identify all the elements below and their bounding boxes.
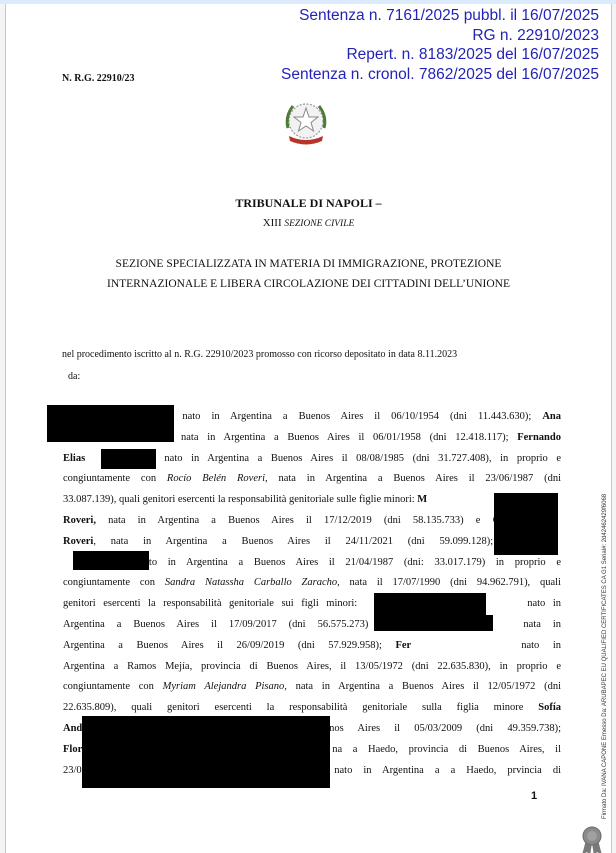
specialized-section-title: SEZIONE SPECIALIZZATA IN MATERIA DI IMMI… [6, 254, 611, 294]
specialized-line-2: INTERNAZIONALE E LIBERA CIRCOLAZIONE DEI… [6, 274, 611, 294]
court-title: TRIBUNALE DI NAPOLI – [6, 196, 611, 211]
text-line: Argentina a Ramos Mejía, provincia di Bu… [63, 657, 561, 678]
text-line: Roveri, nata in Argentina a Buenos Aires… [63, 511, 513, 532]
italian-republic-emblem-icon [281, 98, 331, 150]
section-roman: XIII [263, 217, 282, 229]
redaction-box [73, 551, 149, 570]
case-number: N. R.G. 22910/23 [62, 73, 135, 84]
filing-stamp: Sentenza n. 7161/2025 pubbl. il 16/07/20… [281, 6, 599, 84]
section-title: XIII SEZIONE CIVILE [6, 217, 611, 229]
section-name: SEZIONE CIVILE [284, 219, 354, 229]
redaction-box [47, 405, 174, 442]
page-number: 1 [531, 790, 537, 802]
redaction-box [389, 615, 493, 631]
stamp-line: Sentenza n. 7161/2025 pubbl. il 16/07/20… [281, 6, 599, 26]
text-line: Roveri, nata in Argentina a Buenos Aires… [63, 532, 515, 553]
text-line: Argentina a Buenos Aires il 26/09/2019 (… [63, 636, 561, 657]
stamp-line: Sentenza n. cronol. 7862/2025 del 16/07/… [281, 65, 599, 85]
certificate-ribbon-icon [580, 826, 604, 853]
da-label: da: [68, 371, 80, 382]
proceeding-intro: nel procedimento iscritto al n. R.G. 229… [62, 349, 457, 360]
redaction-box [82, 716, 330, 788]
stamp-line: Repert. n. 8183/2025 del 16/07/2025 [281, 45, 599, 65]
text-line: congiuntamente con Sandra Natassha Carba… [63, 573, 561, 594]
specialized-line-1: SEZIONE SPECIALIZZATA IN MATERIA DI IMMI… [6, 254, 611, 274]
digital-signature-text: Firmato Da: IVANA CAPONE Emesso Da: ARUB… [602, 494, 608, 819]
text-line: 33.087.139), quali genitori esercenti la… [63, 490, 561, 511]
text-line: congiuntamente con Myriam Alejandra Pisa… [63, 677, 561, 698]
text-line: genitori esercenti la responsabilità gen… [63, 594, 561, 615]
redaction-box [101, 449, 156, 469]
text-line: congiuntamente con Rocío Belén Roveri, n… [63, 469, 561, 490]
document-page: Sentenza n. 7161/2025 pubbl. il 16/07/20… [5, 4, 612, 853]
redaction-box [494, 493, 558, 555]
stamp-line: RG n. 22910/2023 [281, 26, 599, 46]
